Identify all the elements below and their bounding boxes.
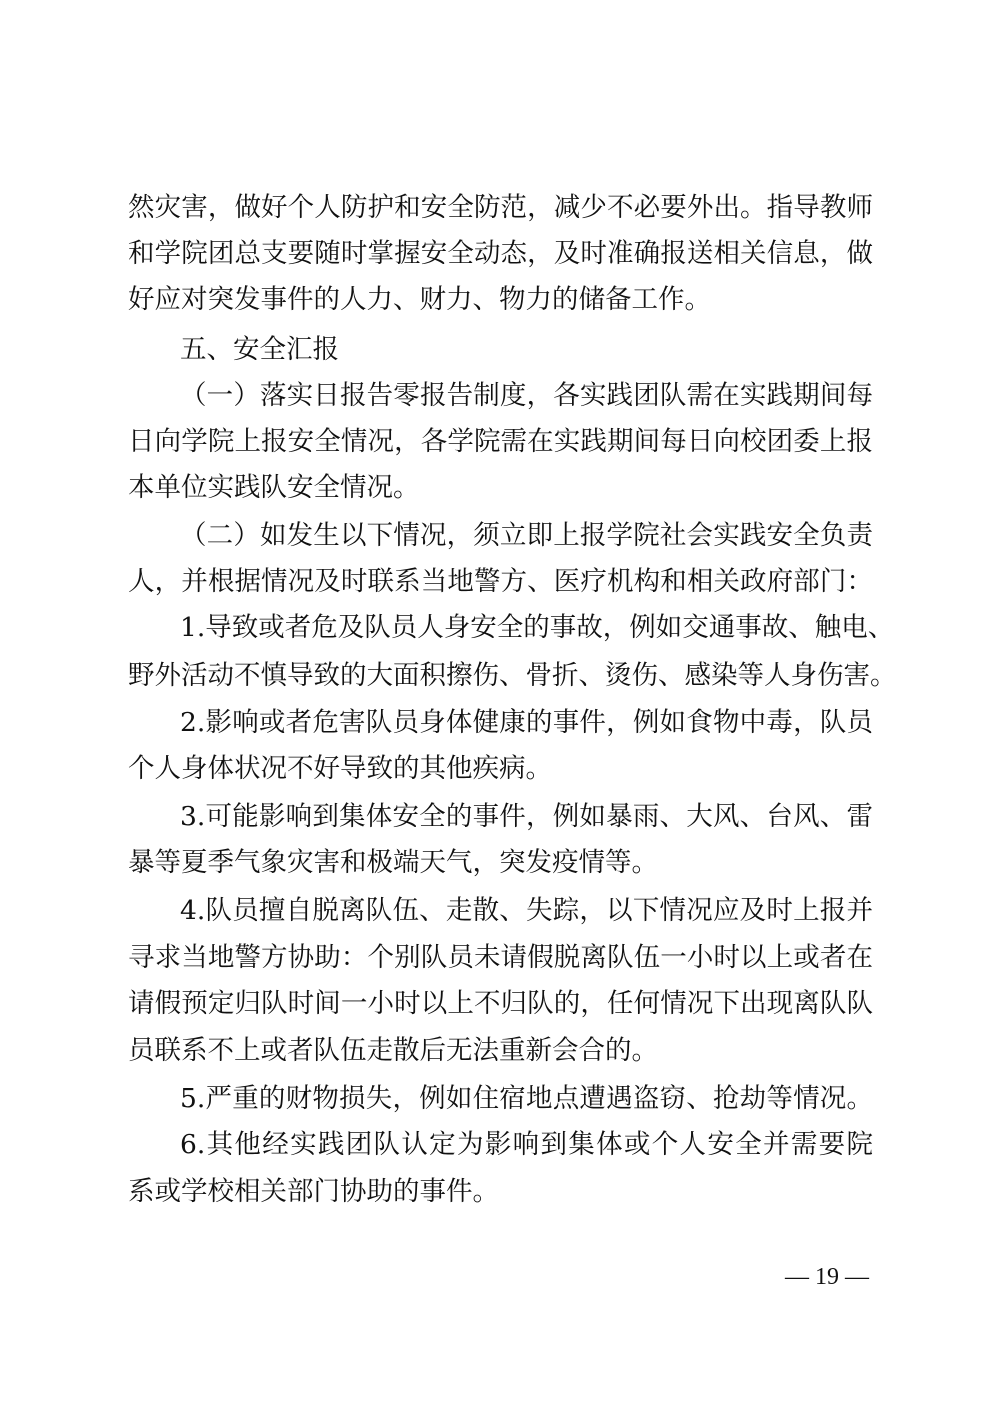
paragraph-line: （一）落实日报告零报告制度，各实践团队需在实践期间每 <box>180 376 873 416</box>
paragraph-line: 然灾害，做好个人防护和安全防范，减少不必要外出。指导教师 <box>128 188 873 228</box>
section-heading: 五、安全汇报 <box>180 330 339 370</box>
list-item-line: 4.队员擅自脱离队伍、走散、失踪，以下情况应及时上报并 <box>180 891 873 931</box>
list-item-line: 暴等夏季气象灾害和极端天气，突发疫情等。 <box>128 843 873 883</box>
list-item-line: 3.可能影响到集体安全的事件，例如暴雨、大风、台风、雷 <box>180 797 873 837</box>
paragraph-line: 日向学院上报安全情况，各学院需在实践期间每日向校团委上报 <box>128 422 873 462</box>
list-item-line: 个人身体状况不好导致的其他疾病。 <box>128 749 873 789</box>
page-number: — 19 — <box>785 1262 869 1292</box>
list-item-line: 系或学校相关部门协助的事件。 <box>128 1172 873 1212</box>
list-item-line: 请假预定归队时间一小时以上不归队的，任何情况下出现离队队 <box>128 984 873 1024</box>
list-item-line: 2.影响或者危害队员身体健康的事件，例如食物中毒，队员 <box>180 703 873 743</box>
paragraph-line: 人，并根据情况及时联系当地警方、医疗机构和相关政府部门： <box>128 562 873 602</box>
paragraph-line: 和学院团总支要随时掌握安全动态，及时准确报送相关信息，做 <box>128 234 873 274</box>
document-page: 然灾害，做好个人防护和安全防范，减少不必要外出。指导教师 和学院团总支要随时掌握… <box>0 0 999 1414</box>
list-item-line: 野外活动不慎导致的大面积擦伤、骨折、烫伤、感染等人身伤害。 <box>128 656 873 696</box>
list-item-line: 寻求当地警方协助：个别队员未请假脱离队伍一小时以上或者在 <box>128 938 873 978</box>
paragraph-line: 本单位实践队安全情况。 <box>128 468 873 508</box>
list-item-line: 员联系不上或者队伍走散后无法重新会合的。 <box>128 1031 873 1071</box>
paragraph-line: （二）如发生以下情况，须立即上报学院社会实践安全负责 <box>180 516 873 556</box>
list-item-line: 5.严重的财物损失，例如住宿地点遭遇盗窃、抢劫等情况。 <box>180 1079 873 1119</box>
list-item-line: 1.导致或者危及队员人身安全的事故，例如交通事故、触电、 <box>180 608 873 648</box>
paragraph-line: 好应对突发事件的人力、财力、物力的储备工作。 <box>128 280 873 320</box>
list-item-line: 6.其他经实践团队认定为影响到集体或个人安全并需要院 <box>180 1125 873 1165</box>
